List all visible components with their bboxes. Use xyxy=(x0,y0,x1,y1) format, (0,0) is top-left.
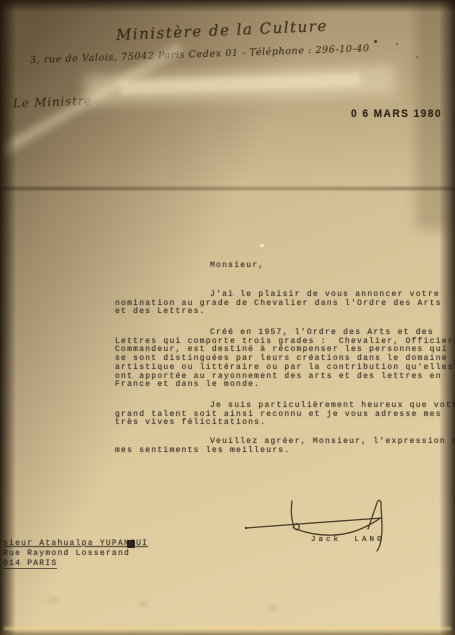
paragraph: Je suis particulièrement heureux que vot… xyxy=(115,402,455,428)
recipient-line: 014 PARIS xyxy=(3,559,57,570)
recipient-line: Rue Raymond Losserand xyxy=(3,549,130,559)
ink-blot xyxy=(127,540,135,548)
salutation: Monsieur, xyxy=(210,261,264,270)
body-line: très vives félicitations. xyxy=(115,419,455,428)
letter-photo: Ministère de la Culture 3, rue de Valois… xyxy=(0,0,455,635)
paragraph: Créé en 1957, l'Ordre des Arts et desLet… xyxy=(115,329,455,390)
body-line: et des Lettres. xyxy=(115,308,455,317)
paragraph: Veuillez agréer, Monsieur, l'expression … xyxy=(115,438,455,455)
signature-name: Jack LANG xyxy=(311,536,385,544)
signature-flourish xyxy=(240,492,400,562)
sender-title: Le Ministre xyxy=(13,94,93,111)
paragraph: J'ai le plaisir de vous annoncer votreno… xyxy=(115,291,455,317)
body-line: France et dans le monde. xyxy=(115,381,455,390)
body-line: mes sentiments les meilleurs. xyxy=(115,447,455,456)
paper-smudge xyxy=(48,598,58,602)
